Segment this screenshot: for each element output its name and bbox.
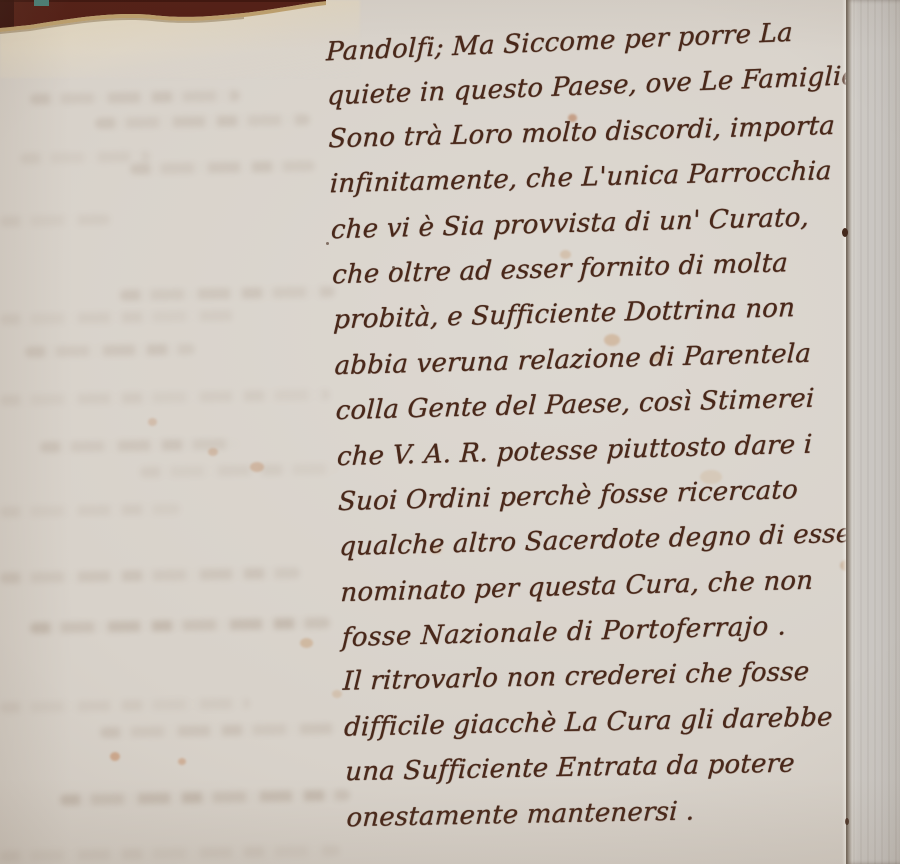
show-through-line: [30, 90, 240, 105]
manuscript-text-block: Pandolfi; Ma Siccome per porre Laquiete …: [326, 13, 867, 843]
ink-speck: [845, 818, 849, 825]
foxing-spot: [332, 690, 342, 698]
show-through-line: [0, 567, 300, 583]
show-through-line: [120, 286, 335, 301]
foxing-spot: [110, 752, 120, 761]
show-through-line: [0, 503, 180, 517]
show-through-line: [20, 151, 150, 164]
manuscript-photo: Pandolfi; Ma Siccome per porre Laquiete …: [0, 0, 900, 864]
show-through-line: [60, 789, 350, 805]
show-through-line: [0, 310, 235, 325]
book-binding-edge: [0, 0, 330, 38]
foxing-spot: [300, 638, 313, 648]
ink-speck: [392, 266, 395, 269]
show-through-line: [0, 389, 330, 406]
show-through-line: [140, 463, 340, 477]
show-through-line: [95, 114, 310, 129]
show-through-line: [0, 698, 250, 713]
binding-green-fleck: [34, 0, 49, 6]
manuscript-text-line: onestamente mantenersi .: [345, 786, 867, 841]
foxing-spot: [148, 418, 157, 426]
foxing-spot: [250, 462, 264, 472]
show-through-line: [100, 723, 340, 738]
page-fore-edge: [846, 0, 900, 864]
show-through-line: [0, 845, 340, 862]
foxing-spot: [208, 448, 218, 456]
ink-speck: [842, 228, 848, 237]
show-through-line: [0, 214, 110, 227]
show-through-line: [30, 617, 330, 633]
foxing-spot: [178, 758, 186, 765]
ink-speck: [326, 242, 329, 245]
show-through-line: [25, 344, 195, 358]
show-through-line: [130, 160, 315, 174]
